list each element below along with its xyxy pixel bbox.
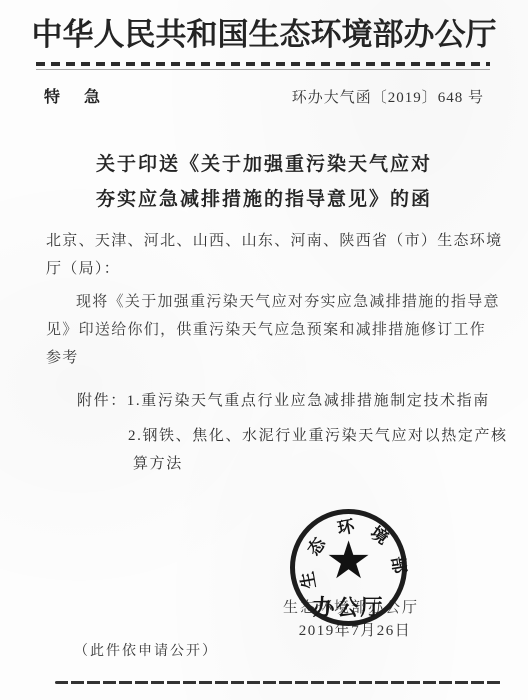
official-seal: 生 态 环 境 部 ★ 办公厅	[290, 509, 407, 626]
recipient-block: 北京、天津、河北、山西、山东、河南、陕西省（市）生态环境 厅（局）：	[46, 227, 487, 283]
scanned-official-letter: 中华人民共和国生态环境部办公厅 特 急 环办大气函〔2019〕648 号 关于印…	[0, 0, 528, 700]
body-line-3: 参考	[46, 344, 487, 372]
header-thin-divider	[36, 69, 490, 70]
star-icon: ★	[295, 538, 402, 586]
attachment-line-2: 2.钢铁、焦化、水泥行业重污染天气应对以热定产核	[128, 424, 508, 445]
body-line-1: 现将《关于加强重污染天气应对夯实应急减排措施的指导意	[46, 288, 487, 316]
document-title-line-2: 夯实应急减排措施的指导意见》的函	[0, 182, 528, 217]
recipient-line-2: 厅（局）：	[46, 255, 487, 283]
document-number: 环办大气函〔2019〕648 号	[292, 86, 484, 107]
footer-divider	[55, 681, 501, 684]
body-line-2: 见》印送给你们，供重污染天气应急预案和减排措施修订工作	[46, 316, 487, 344]
letterhead-title: 中华人民共和国生态环境部办公厅	[0, 16, 528, 54]
urgency-label: 特 急	[44, 84, 104, 107]
recipient-line-1: 北京、天津、河北、山西、山东、河南、陕西省（市）生态环境	[46, 227, 487, 255]
attachment-line-3: 算方法	[133, 452, 183, 473]
seal-bottom-text: 办公厅	[295, 591, 402, 622]
header-dashed-divider	[36, 62, 490, 66]
attachment-line-1: 附件：1.重污染天气重点行业应急减排措施制定技术指南	[77, 389, 490, 410]
body-paragraph: 现将《关于加强重污染天气应对夯实应急减排措施的指导意 见》印送给你们，供重污染天…	[46, 288, 487, 372]
disclosure-note: （此件依申请公开）	[74, 640, 218, 660]
meta-row: 特 急 环办大气函〔2019〕648 号	[44, 84, 484, 107]
document-title: 关于印送《关于加强重污染天气应对 夯实应急减排措施的指导意见》的函	[0, 147, 528, 217]
document-title-line-1: 关于印送《关于加强重污染天气应对	[0, 147, 528, 182]
